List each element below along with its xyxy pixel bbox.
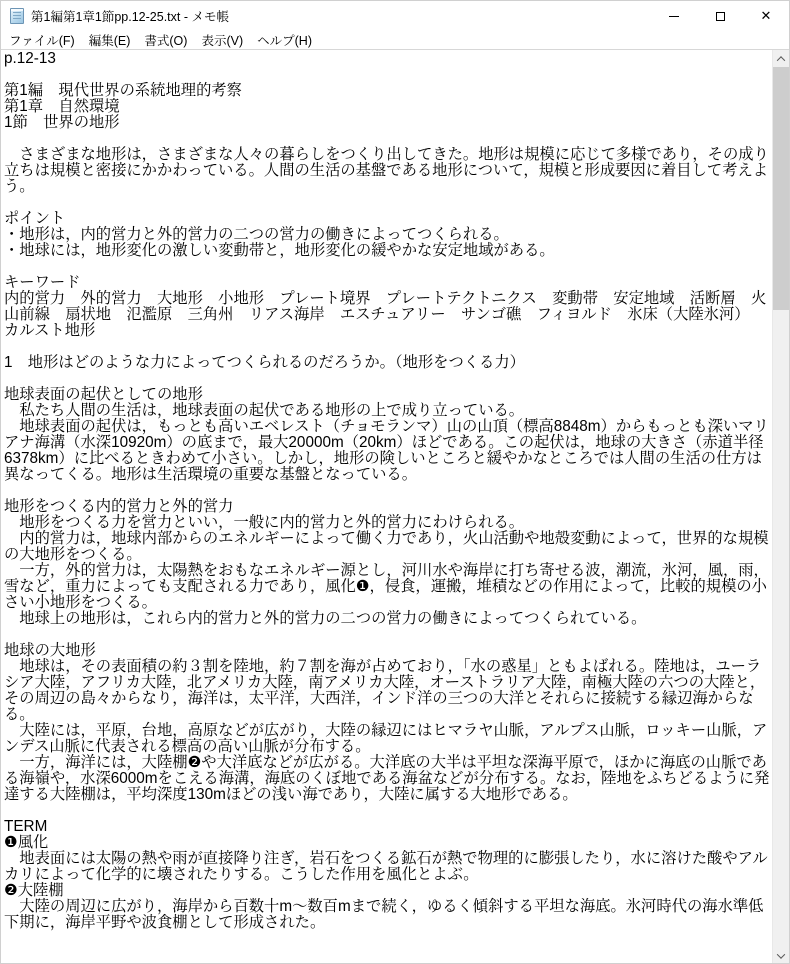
- chevron-up-icon: [777, 56, 785, 64]
- maximize-button[interactable]: [697, 1, 743, 31]
- menu-bar: ファイル(F) 編集(E) 書式(O) 表示(V) ヘルプ(H): [1, 31, 789, 49]
- content-area: p.12-13 第1編 現代世界の系統地理的考察 第1章 自然環境 1節 世界の…: [1, 49, 789, 964]
- minimize-button[interactable]: [651, 1, 697, 31]
- notepad-window: 第1編第1章1節pp.12-25.txt - メモ帳 ✕ ファイル(F) 編集(…: [0, 0, 790, 964]
- window-title: 第1編第1章1節pp.12-25.txt - メモ帳: [31, 7, 229, 25]
- vertical-scrollbar[interactable]: [772, 50, 789, 964]
- menu-help[interactable]: ヘルプ(H): [250, 30, 319, 50]
- close-button[interactable]: ✕: [743, 1, 789, 31]
- scrollbar-thumb[interactable]: [773, 67, 789, 310]
- text-editor-area[interactable]: p.12-13 第1編 現代世界の系統地理的考察 第1章 自然環境 1節 世界の…: [1, 50, 772, 964]
- close-icon: ✕: [761, 10, 772, 23]
- maximize-icon: [716, 12, 725, 21]
- chevron-down-icon: [777, 950, 785, 958]
- menu-edit[interactable]: 編集(E): [82, 30, 138, 50]
- title-bar[interactable]: 第1編第1章1節pp.12-25.txt - メモ帳 ✕: [1, 1, 789, 31]
- menu-view[interactable]: 表示(V): [194, 30, 250, 50]
- notepad-icon: [10, 8, 24, 24]
- scroll-up-button[interactable]: [773, 50, 789, 67]
- document-text: p.12-13 第1編 現代世界の系統地理的考察 第1章 自然環境 1節 世界の…: [1, 50, 772, 931]
- scroll-down-button[interactable]: [773, 947, 789, 964]
- scrollbar-track[interactable]: [773, 67, 789, 947]
- menu-file[interactable]: ファイル(F): [2, 30, 82, 50]
- minimize-icon: [669, 16, 679, 17]
- menu-format[interactable]: 書式(O): [137, 30, 194, 50]
